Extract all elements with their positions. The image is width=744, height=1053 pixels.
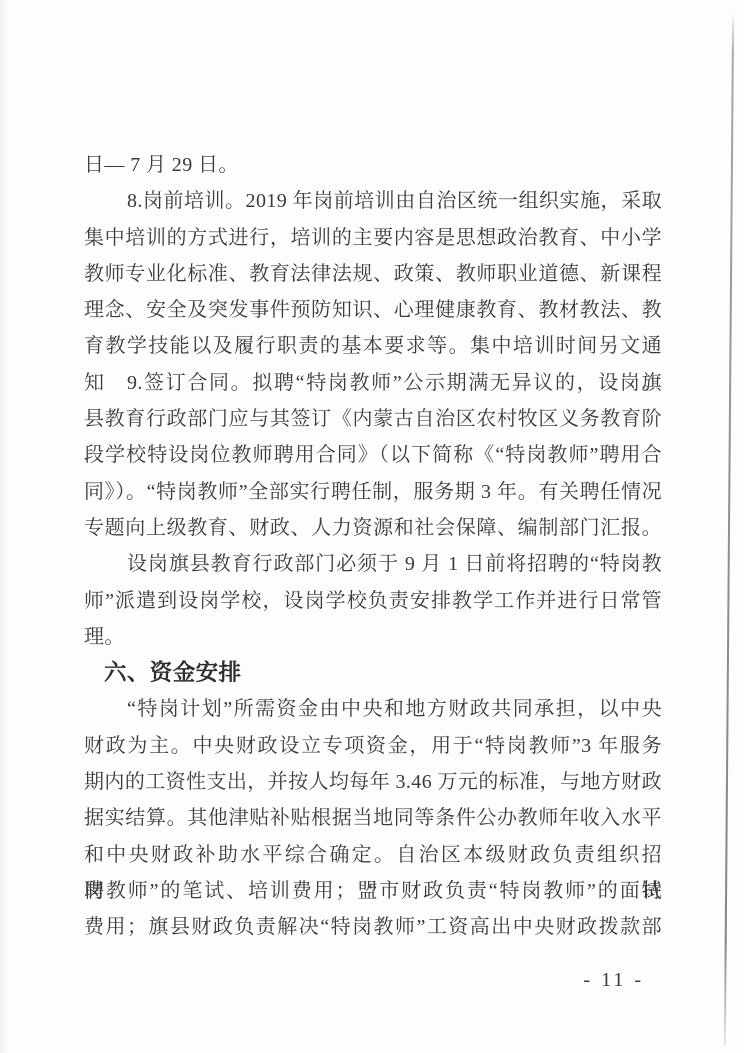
document-body: 日— 7 月 29 日。 8.岗前培训。2019 年岗前培训由自治区统一组织实施… (84, 147, 662, 946)
text-line: 集中培训的方式进行，培训的主要内容是思想政治教育、中小学 (84, 220, 662, 256)
scan-edge-artifact (724, 12, 734, 1046)
text-line: 岗教师”的笔试、培训费用；盟市财政负责“特岗教师”的面试 (84, 873, 662, 909)
text-line: 县教育行政部门应与其签订《内蒙古自治区农村牧区义务教育阶 (84, 401, 662, 437)
text-line: 师”派遣到设岗学校，设岗学校负责安排教学工作并进行日常管 (84, 583, 662, 619)
text-line: 财政为主。中央财政设立专项资金，用于“特岗教师”3 年服务 (84, 728, 662, 764)
text-line: 教师专业化标准、教育法律法规、政策、教师职业道德、新课程 (84, 256, 662, 292)
text-line: “特岗计划”所需资金由中央和地方财政共同承担，以中央 (84, 691, 662, 727)
text-line: 理念、安全及突发事件预防知识、心理健康教育、教材教法、教 (84, 292, 662, 328)
text-line: 段学校特设岗位教师聘用合同》（以下简称《“特岗教师”聘用合 (84, 437, 662, 473)
text-line: 8.岗前培训。2019 年岗前培训由自治区统一组织实施，采取 (84, 183, 662, 219)
text-line: 费用；旗县财政负责解决“特岗教师”工资高出中央财政拨款部 (84, 909, 662, 945)
section-heading: 六、资金安排 (84, 655, 662, 691)
page-number: - 11 - (583, 969, 644, 992)
document-page: 日— 7 月 29 日。 8.岗前培训。2019 年岗前培训由自治区统一组织实施… (0, 0, 744, 1053)
text-line: 理。 (84, 619, 662, 655)
text-line: 和中央财政补助水平综合确定。自治区本级财政负责组织招聘“特 (84, 837, 662, 873)
text-line: 期内的工资性支出，并按人均每年 3.46 万元的标准，与地方财政 (84, 764, 662, 800)
text-line: 据实结算。其他津贴补贴根据当地同等条件公办教师年收入水平 (84, 800, 662, 836)
text-line: 同》）。“特岗教师”全部实行聘任制，服务期 3 年。有关聘任情况 (84, 474, 662, 510)
text-line: 专题向上级教育、财政、人力资源和社会保障、编制部门汇报。 (84, 510, 662, 546)
text-line: 设岗旗县教育行政部门必须于 9 月 1 日前将招聘的“特岗教 (84, 546, 662, 582)
text-line: 9.签订合同。拟聘“特岗教师”公示期满无异议的，设岗旗 (84, 365, 662, 401)
text-line: 育教学技能以及履行职责的基本要求等。集中培训时间另文通知。 (84, 328, 662, 364)
text-line: 日— 7 月 29 日。 (84, 147, 662, 183)
